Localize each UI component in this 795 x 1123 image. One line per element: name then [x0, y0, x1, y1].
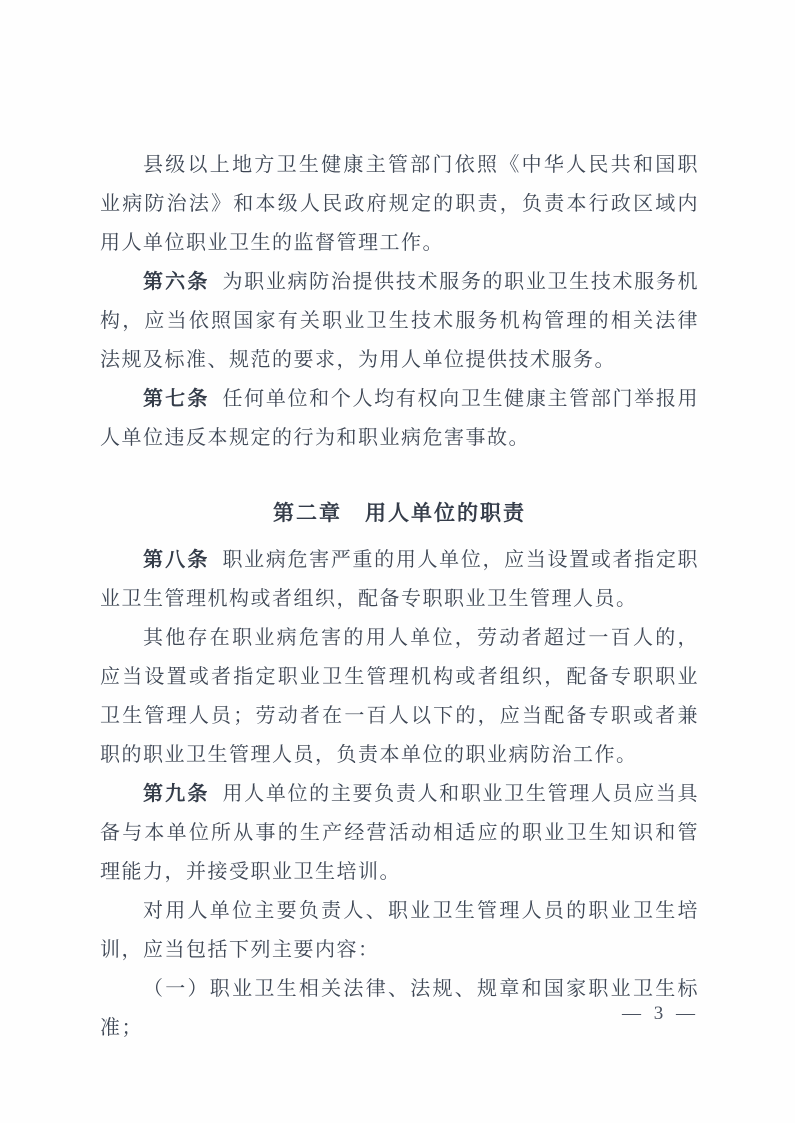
paragraph: 第六条为职业病防治提供技术服务的职业卫生技术服务机构，应当依照国家有关职业卫生技… — [100, 263, 699, 380]
article-number-label: 第七条 — [143, 388, 210, 410]
document-body: 县级以上地方卫生健康主管部门依照《中华人民共和国职业病防治法》和本级人民政府规定… — [100, 146, 699, 1048]
paragraph: 其他存在职业病危害的用人单位，劳动者超过一百人的，应当设置或者指定职业卫生管理机… — [100, 619, 699, 775]
paragraph: （一）职业卫生相关法律、法规、规章和国家职业卫生标准； — [100, 970, 699, 1048]
paragraph-text: 其他存在职业病危害的用人单位，劳动者超过一百人的，应当设置或者指定职业卫生管理机… — [100, 627, 699, 766]
paragraph-text: 县级以上地方卫生健康主管部门依照《中华人民共和国职业病防治法》和本级人民政府规定… — [100, 154, 699, 254]
article-number-label: 第六条 — [143, 271, 210, 293]
paragraph: 第九条用人单位的主要负责人和职业卫生管理人员应当具备与本单位所从事的生产经营活动… — [100, 775, 699, 892]
paragraph: 第七条任何单位和个人均有权向卫生健康主管部门举报用人单位违反本规定的行为和职业病… — [100, 380, 699, 458]
paragraph-text: （一）职业卫生相关法律、法规、规章和国家职业卫生标准； — [100, 978, 699, 1039]
paragraph: 县级以上地方卫生健康主管部门依照《中华人民共和国职业病防治法》和本级人民政府规定… — [100, 146, 699, 263]
document-page: 县级以上地方卫生健康主管部门依照《中华人民共和国职业病防治法》和本级人民政府规定… — [0, 0, 795, 1123]
article-number-label: 第八条 — [143, 549, 210, 571]
chapter-heading: 第二章 用人单位的职责 — [100, 494, 699, 533]
article-number-label: 第九条 — [143, 783, 210, 805]
paragraph: 第八条职业病危害严重的用人单位，应当设置或者指定职业卫生管理机构或者组织，配备专… — [100, 541, 699, 619]
paragraph: 对用人单位主要负责人、职业卫生管理人员的职业卫生培训，应当包括下列主要内容： — [100, 892, 699, 970]
page-number: — 3 — — [622, 1003, 699, 1025]
paragraph-text: 对用人单位主要负责人、职业卫生管理人员的职业卫生培训，应当包括下列主要内容： — [100, 900, 699, 961]
